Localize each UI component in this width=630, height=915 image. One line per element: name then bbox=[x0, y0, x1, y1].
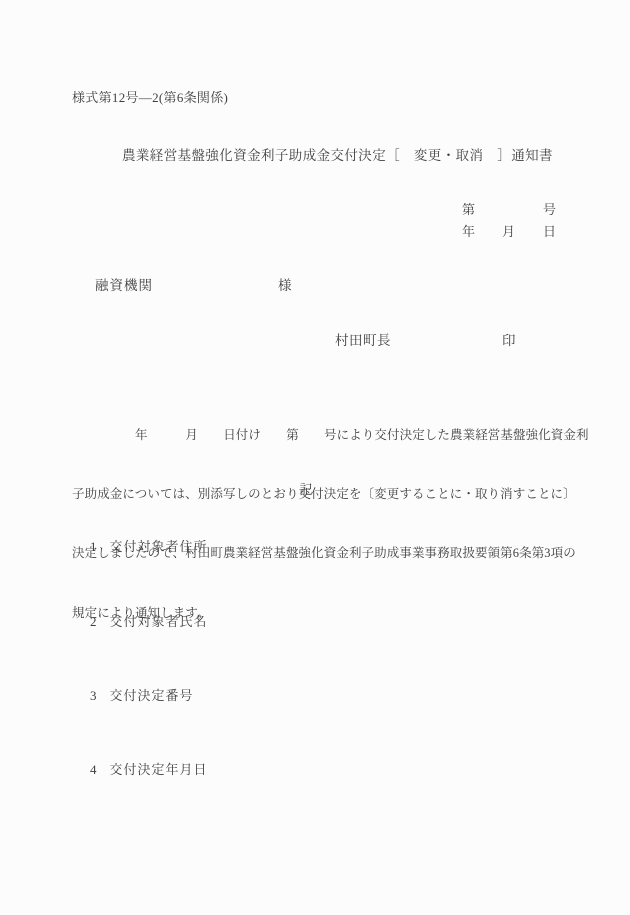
doc-number-suffix: 号 bbox=[543, 199, 556, 218]
document-title: 農業経営基盤強化資金利子助成金交付決定［ 変更・取消 ］通知書 bbox=[122, 144, 553, 164]
item-number: 3 bbox=[90, 688, 97, 704]
addressee-honorific: 様 bbox=[278, 274, 292, 294]
list-item-1: 1交付対象者住所 bbox=[77, 520, 208, 571]
item-label: 交付決定年月日 bbox=[110, 762, 208, 777]
sender-seal-mark: 印 bbox=[502, 329, 516, 349]
form-number: 様式第12号―2(第6条関係) bbox=[72, 87, 228, 106]
body-line: 年 月 日付け 第 号により交付決定した農業経営基盤強化資金利 bbox=[72, 426, 568, 446]
doc-number-prefix: 第 bbox=[462, 199, 475, 218]
item-label: 交付対象者氏名 bbox=[110, 614, 208, 629]
date-month-label: 月 bbox=[502, 221, 515, 240]
list-item-4: 4交付決定年月日 bbox=[77, 743, 208, 794]
list-item-3: 3交付決定番号 bbox=[77, 669, 194, 720]
item-label: 交付対象者住所 bbox=[110, 539, 208, 554]
date-year-label: 年 bbox=[462, 221, 475, 240]
item-label: 交付決定番号 bbox=[110, 688, 194, 703]
document-page: 様式第12号―2(第6条関係) 農業経営基盤強化資金利子助成金交付決定［ 変更・… bbox=[0, 0, 630, 915]
item-number: 2 bbox=[90, 614, 97, 630]
record-marker: 記 bbox=[0, 479, 612, 498]
item-number: 4 bbox=[90, 762, 97, 778]
item-number: 1 bbox=[90, 539, 97, 555]
date-day-label: 日 bbox=[543, 221, 556, 240]
sender-title: 村田町長 bbox=[335, 329, 391, 349]
list-item-2: 2交付対象者氏名 bbox=[77, 595, 208, 646]
addressee-name: 融資機関 bbox=[95, 274, 153, 294]
